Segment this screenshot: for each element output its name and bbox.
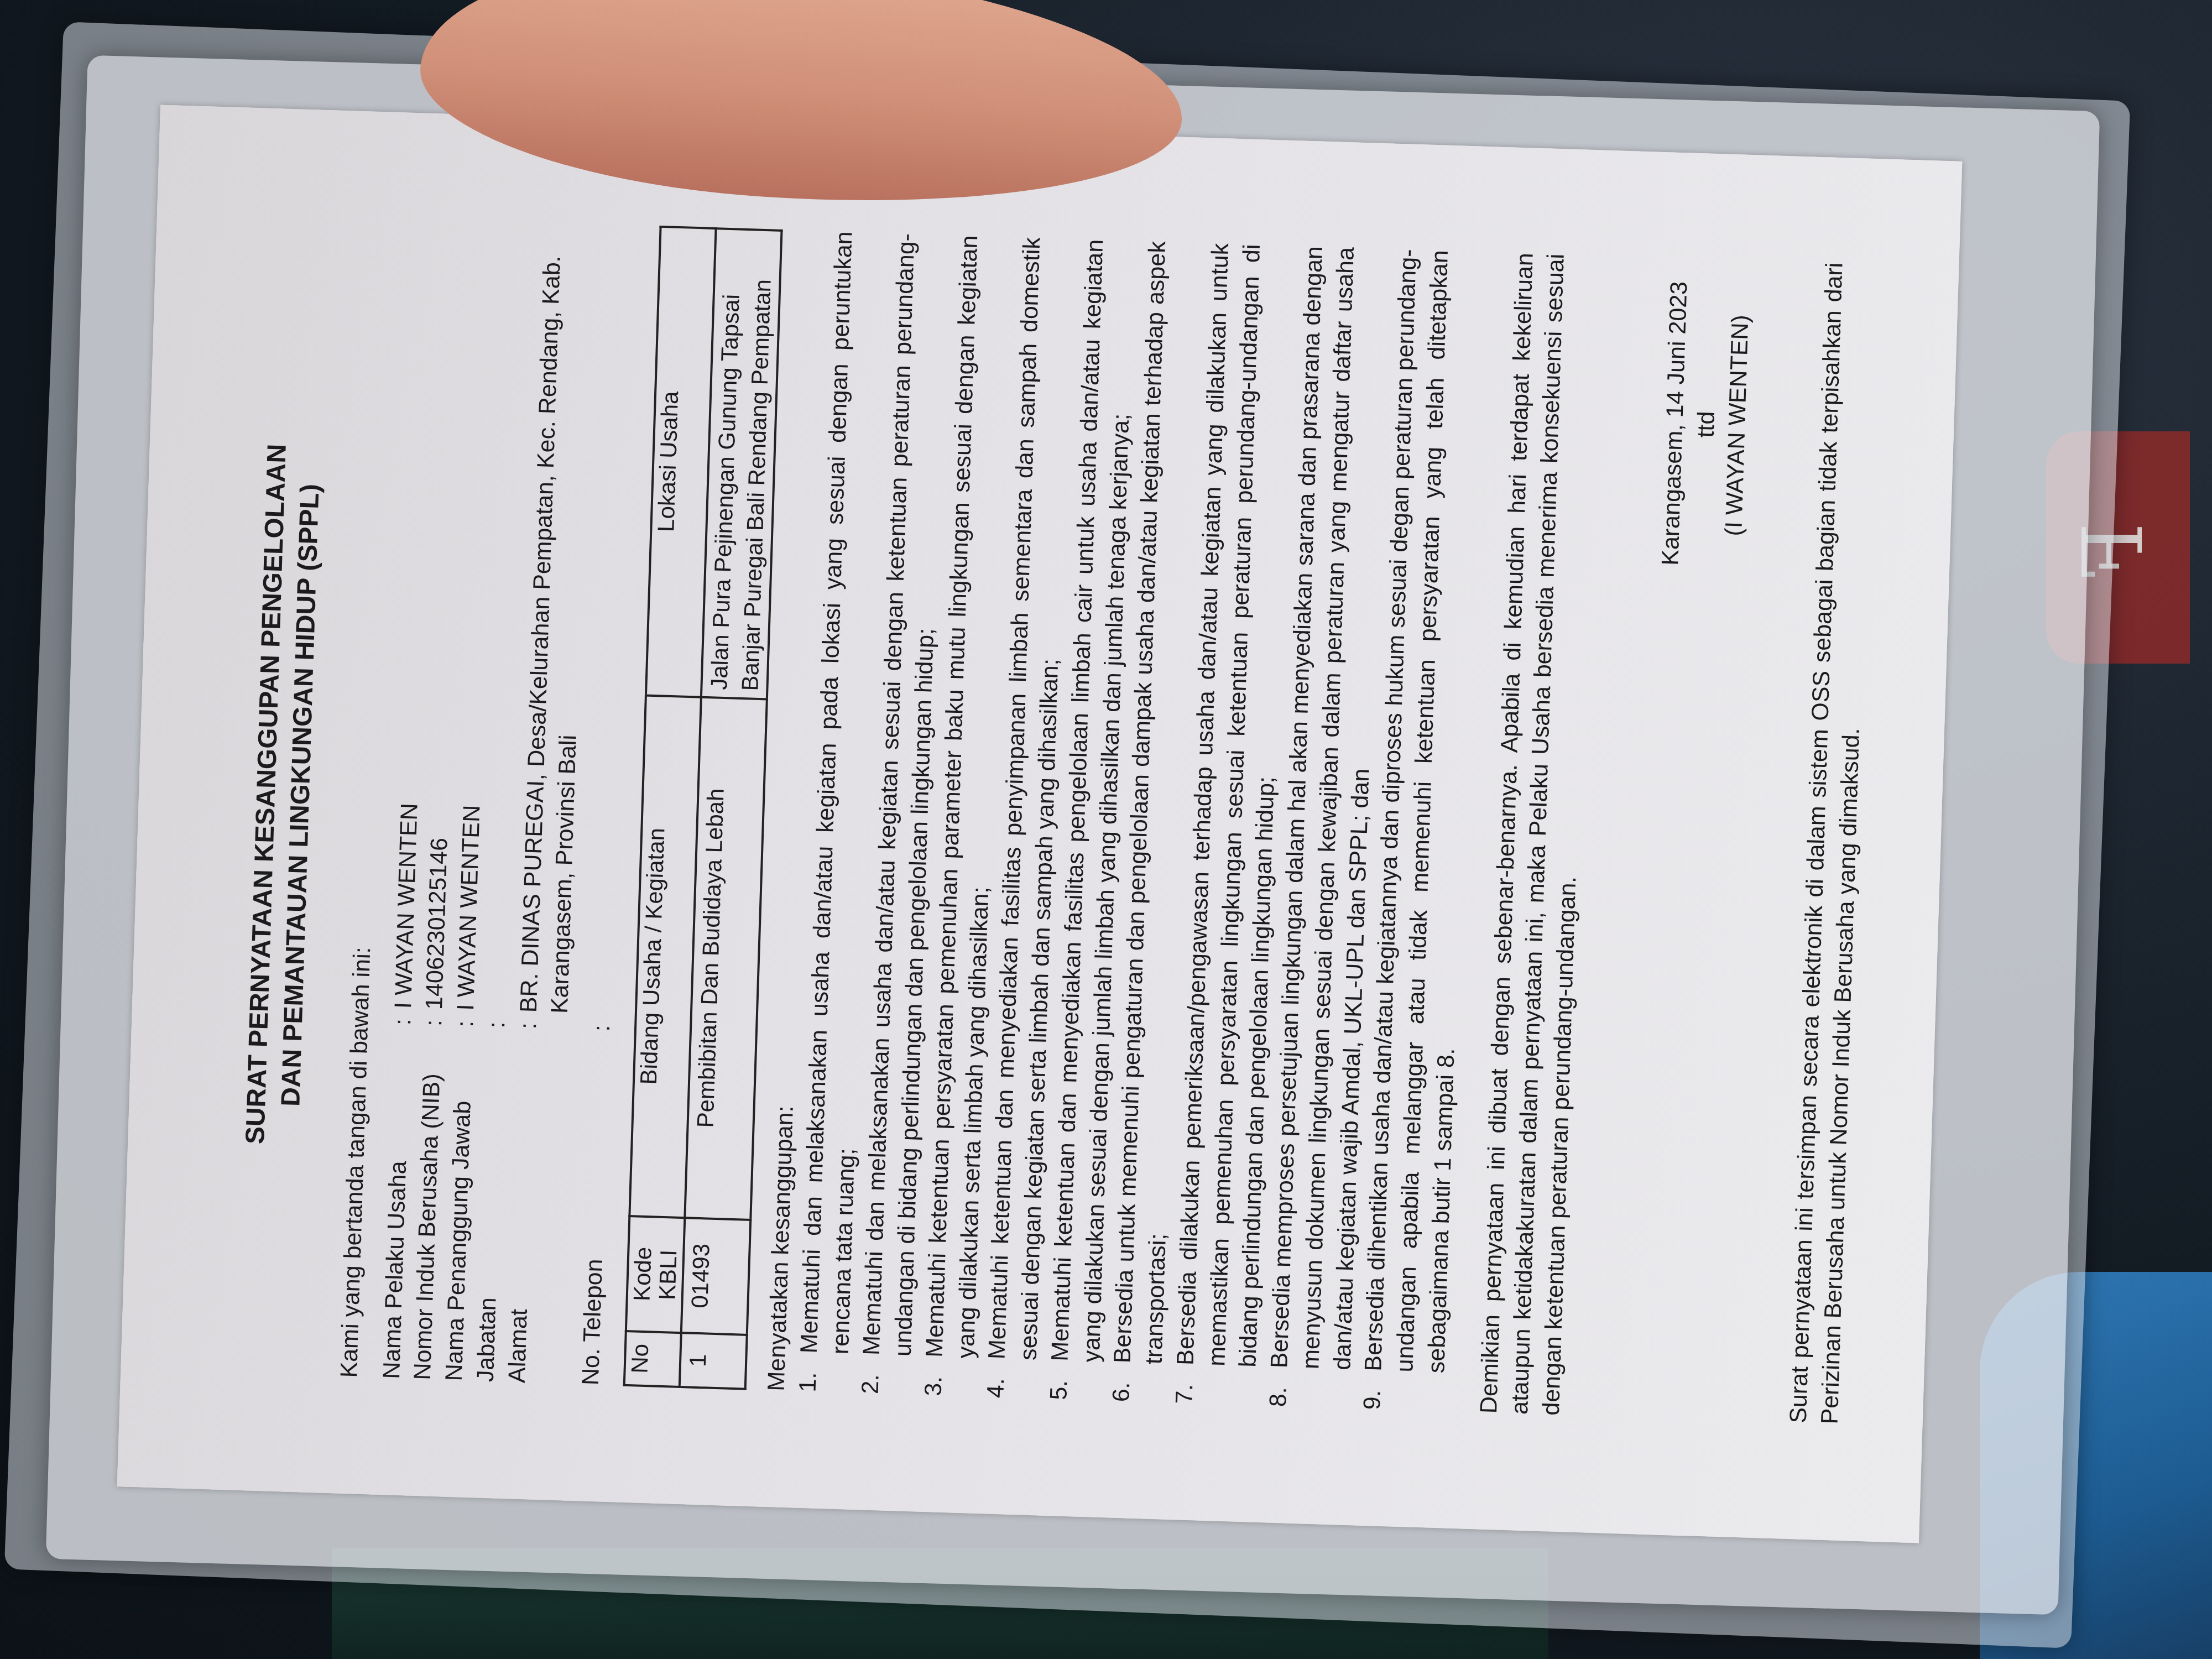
item-number: 3. (917, 1357, 982, 1398)
statement-list: 1.Mematuhi dan melaksanakan usaha dan/at… (792, 231, 1487, 1412)
identity-fields: Nama Pelaku Usaha : I WAYAN WENTEN Nomor… (375, 218, 643, 1386)
kbli-table: No Kode KBLI Bidang Usaha / Kegiatan Lok… (623, 226, 782, 1390)
item-number: 2. (855, 1355, 919, 1396)
item-number: 6. (1106, 1363, 1170, 1404)
closing-paragraph: Demikian pernyataan ini dibuat dengan se… (1473, 252, 1603, 1416)
header-kode-kbli: Kode KBLI (626, 1216, 685, 1333)
field-colon: : (481, 1011, 513, 1029)
field-label: Alamat (501, 1029, 575, 1384)
item-number: 5. (1043, 1361, 1107, 1402)
cell-lokasi-usaha: Jalan Pura Pejinengan Gunung Tapsai Banj… (701, 228, 781, 699)
item-number: 4. (980, 1359, 1045, 1400)
item-number: 9. (1357, 1371, 1452, 1412)
field-colon: : (512, 1012, 575, 1031)
item-number: 1. (792, 1353, 856, 1394)
cell-kode-kbli: 01493 (681, 1218, 750, 1335)
document-paper: SURAT PERNYATAAN KESANGGUPAN PENGELOLAAN… (117, 105, 1963, 1543)
item-number: 8. (1262, 1368, 1358, 1409)
document-title: SURAT PERNYATAAN KESANGGUPAN PENGELOLAAN… (231, 213, 337, 1376)
field-colon: : (387, 1008, 419, 1026)
document-page: SURAT PERNYATAAN KESANGGUPAN PENGELOLAAN… (145, 139, 1933, 1509)
item-number: 7. (1168, 1365, 1264, 1406)
field-colon: : (586, 1014, 618, 1032)
field-colon: : (450, 1010, 482, 1028)
signature-block: Karangasem, 14 Juni 2023 ttd (I WAYAN WE… (1654, 257, 1759, 592)
field-colon: : (418, 1009, 450, 1027)
header-no: No (624, 1331, 681, 1387)
footer-note: Surat pernyataan ini tersimpan secara el… (1783, 262, 1882, 1425)
cell-no: 1 (680, 1333, 747, 1389)
